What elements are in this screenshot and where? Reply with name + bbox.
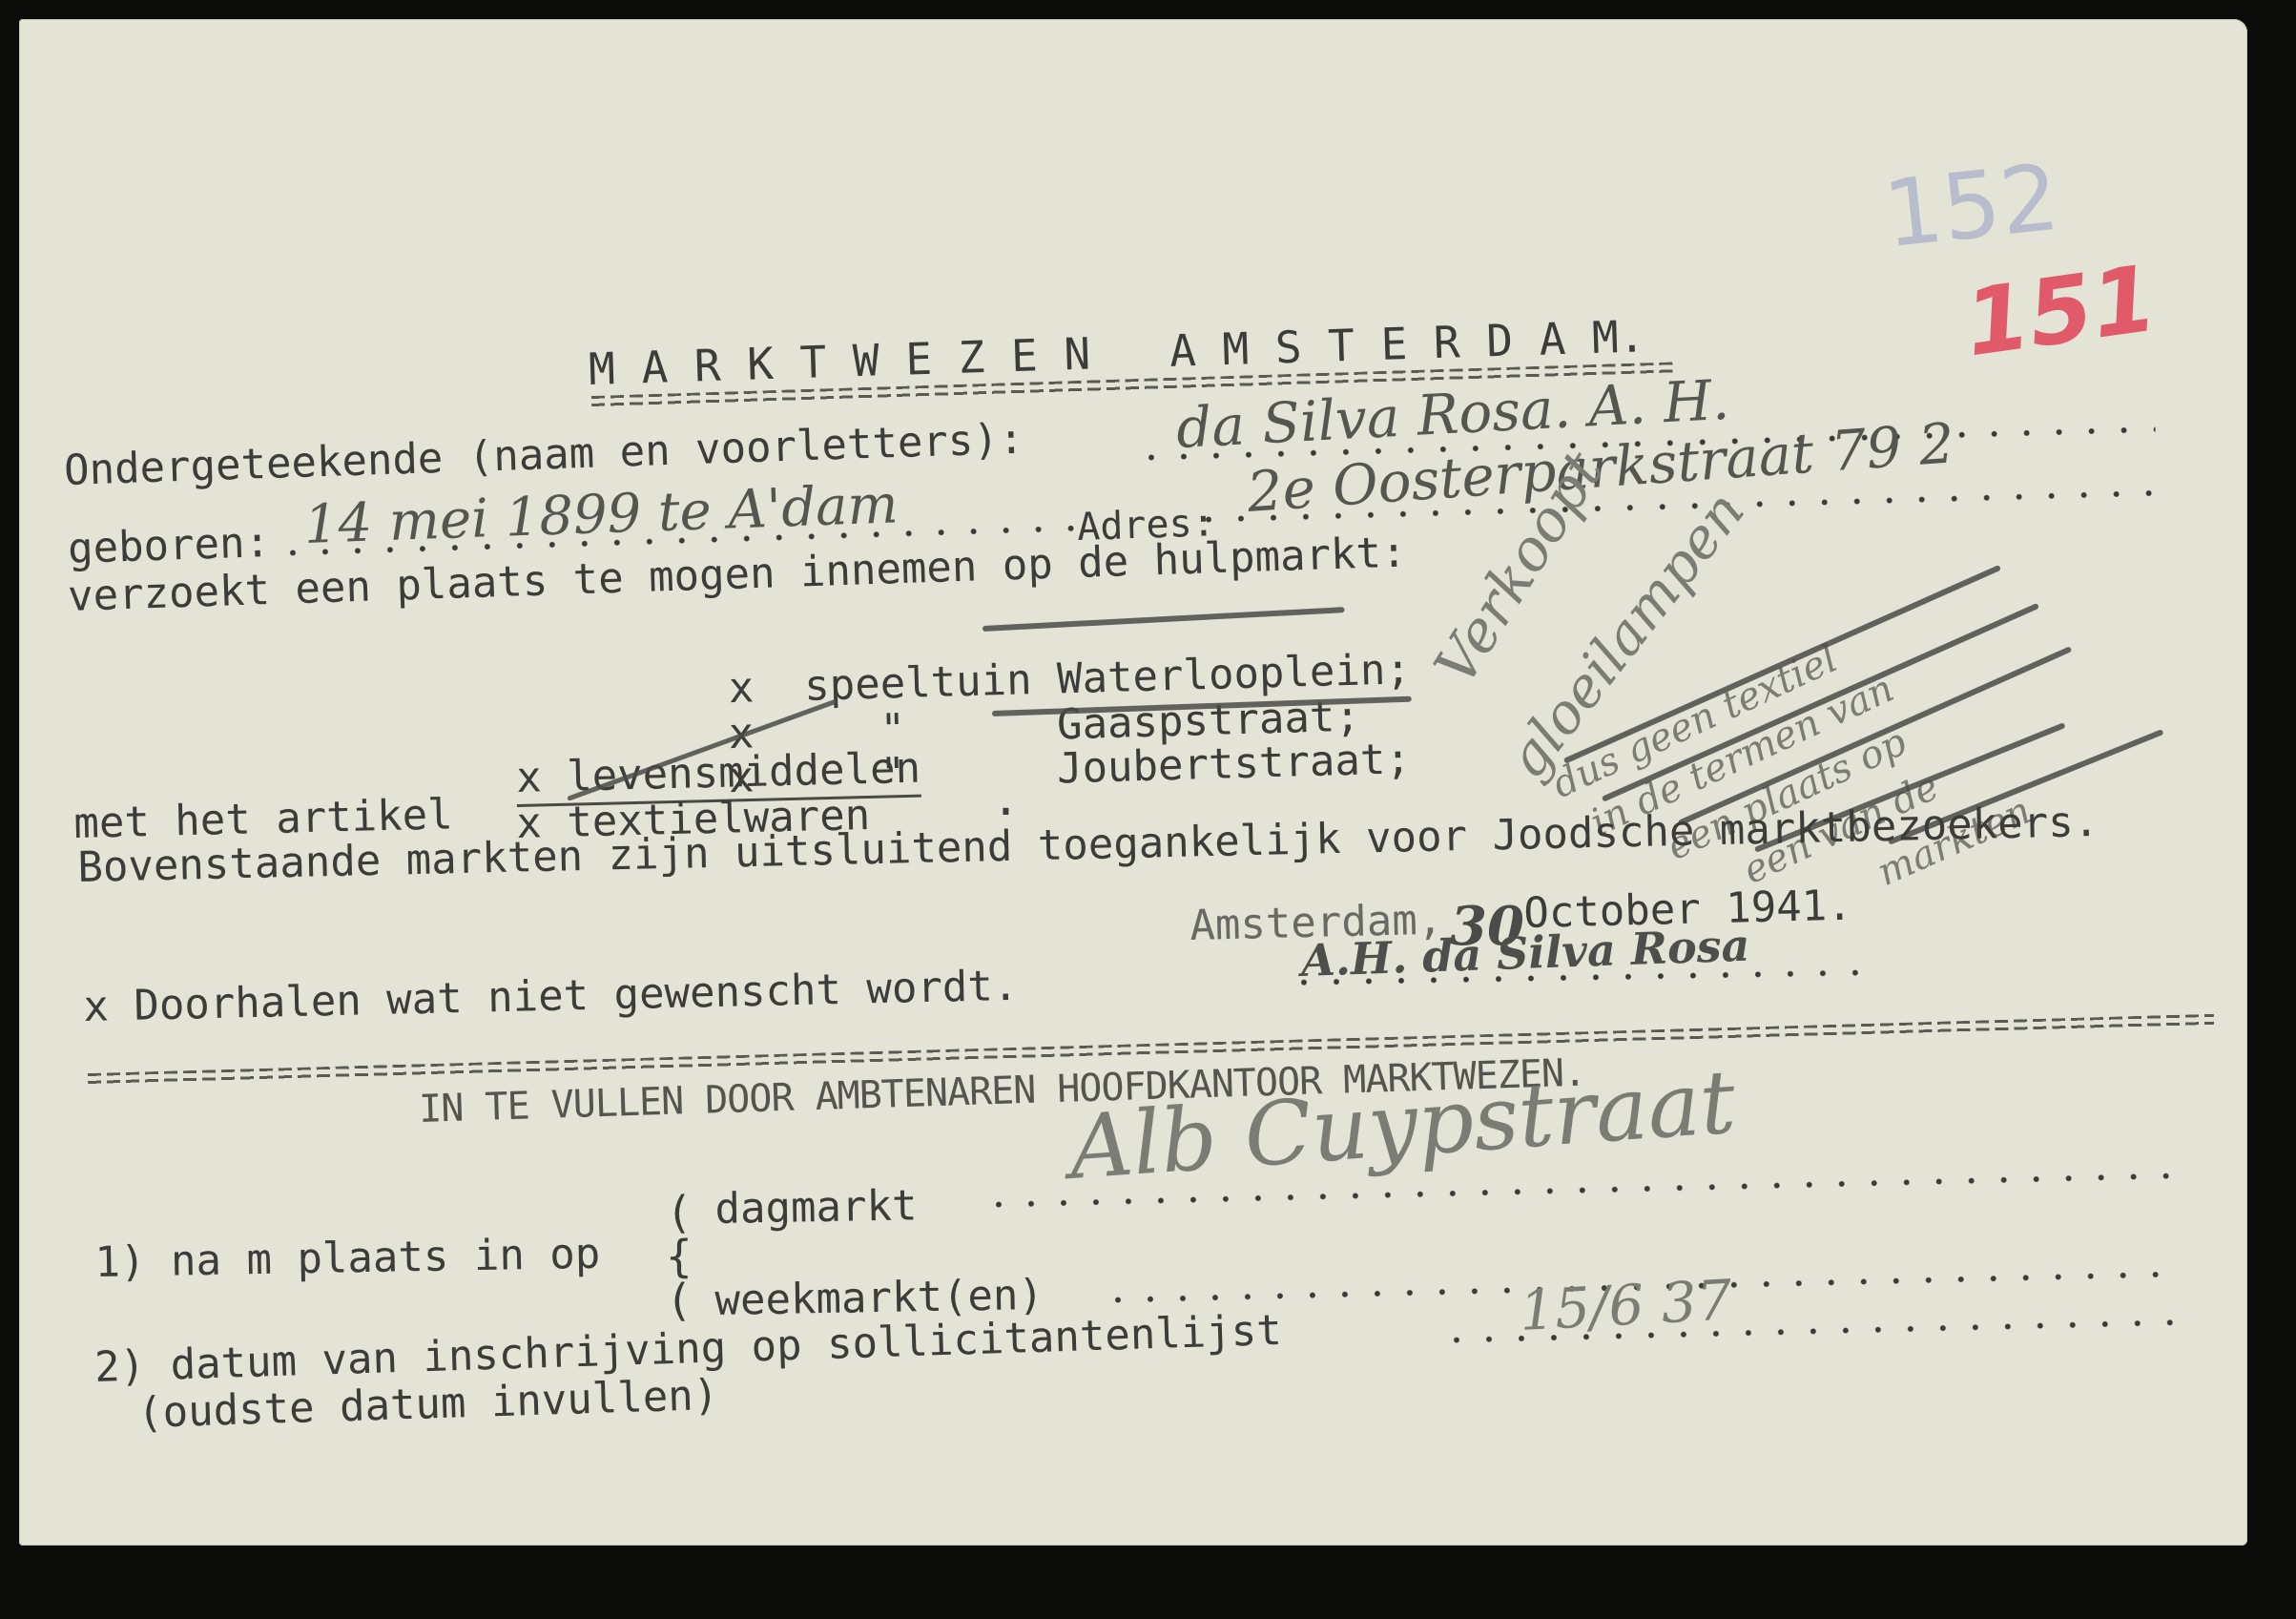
born-value: 14 mei 1899 te A'dam bbox=[303, 473, 900, 556]
strike-instruction-footnote: x Doorhalen wat niet gewenscht wordt. bbox=[83, 962, 1019, 1031]
document-card: 152 151 M A R K T W E Z E N A M S T E R … bbox=[19, 19, 2247, 1546]
item-1-brace: ({( bbox=[666, 1191, 693, 1322]
born-label: geboren: bbox=[67, 518, 270, 573]
item-1-label: 1) na m plaats in op bbox=[94, 1230, 601, 1287]
article-end-period: . bbox=[992, 773, 1020, 826]
blue-pencil-number: 152 bbox=[1879, 144, 2064, 269]
item-1-option-dagmarkt: dagmarkt bbox=[714, 1181, 918, 1234]
market-3-name: Joubertstraat; bbox=[1056, 735, 1411, 793]
registration-date-value: 15/6 37 bbox=[1518, 1267, 1733, 1343]
red-pencil-number: 151 bbox=[1958, 245, 2162, 378]
